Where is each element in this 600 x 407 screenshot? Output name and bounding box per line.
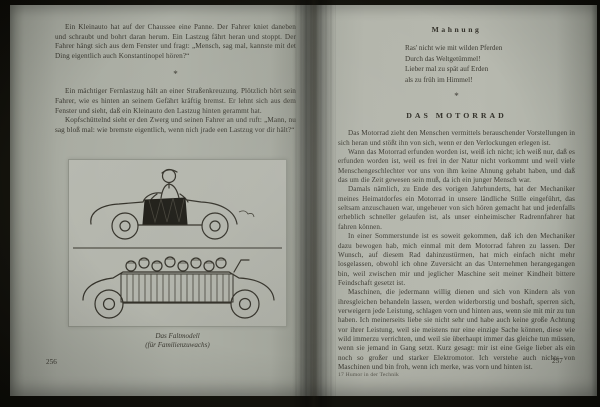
- right-page: Mahnung Ras' nicht wie mit wilden Pferde…: [306, 5, 597, 396]
- poem: Ras' nicht wie mit wilden Pferden Durch …: [405, 43, 575, 85]
- page-number-right: 257: [552, 357, 563, 365]
- left-page: Ein Kleinauto hat auf der Chaussee eine …: [10, 5, 306, 396]
- book-photo: Ein Kleinauto hat auf der Chaussee eine …: [0, 0, 600, 407]
- figure: Das Faltmodell (für Familienzuwachs): [68, 159, 287, 350]
- page-number-left: 256: [46, 358, 57, 366]
- poem-title: Mahnung: [338, 25, 575, 34]
- folding-car-illustration: [68, 159, 287, 327]
- paragraph: Ein mächtiger Fernlastzug hält an einer …: [55, 87, 296, 116]
- paragraph: Ein Kleinauto hat auf der Chaussee eine …: [55, 23, 296, 61]
- poem-line: als zu früh im Himmel!: [405, 75, 575, 86]
- stretched-family-car: [83, 257, 274, 318]
- cartoon-cars-drawing: [69, 160, 286, 326]
- asterisk-separator: *: [338, 92, 575, 101]
- paragraph: Kopfschüttelnd sieht er den Zwerg und se…: [55, 116, 296, 135]
- paragraph: Damals nämlich, zu Ende des vorigen Jahr…: [338, 185, 575, 232]
- paragraph: Das Motorrad zieht den Menschen vermitte…: [338, 129, 575, 148]
- poem-line: Lieber mal zu spät auf Erden: [405, 64, 575, 75]
- figure-caption-line1: Das Faltmodell: [68, 332, 287, 341]
- paragraph: Maschinen, die jedermann willig dienen u…: [338, 288, 575, 372]
- small-folding-car: [91, 170, 254, 240]
- poem-line: Durch das Weltgetümmel!: [405, 54, 575, 65]
- printers-signature-mark: 17 Humor in der Technik: [338, 372, 399, 378]
- section-title: DAS MOTORRAD: [338, 111, 575, 120]
- paragraph: In einer Sommerstunde ist es soweit geko…: [338, 232, 575, 288]
- section-body: Das Motorrad zieht den Menschen vermitte…: [338, 129, 575, 372]
- asterisk-separator: *: [55, 69, 296, 79]
- paragraph: Wann das Motorrad erfunden worden ist, w…: [338, 148, 575, 185]
- figure-caption: Das Faltmodell (für Familienzuwachs): [68, 332, 287, 350]
- figure-caption-line2: (für Familienzuwachs): [68, 341, 287, 350]
- poem-line: Ras' nicht wie mit wilden Pferden: [405, 43, 575, 54]
